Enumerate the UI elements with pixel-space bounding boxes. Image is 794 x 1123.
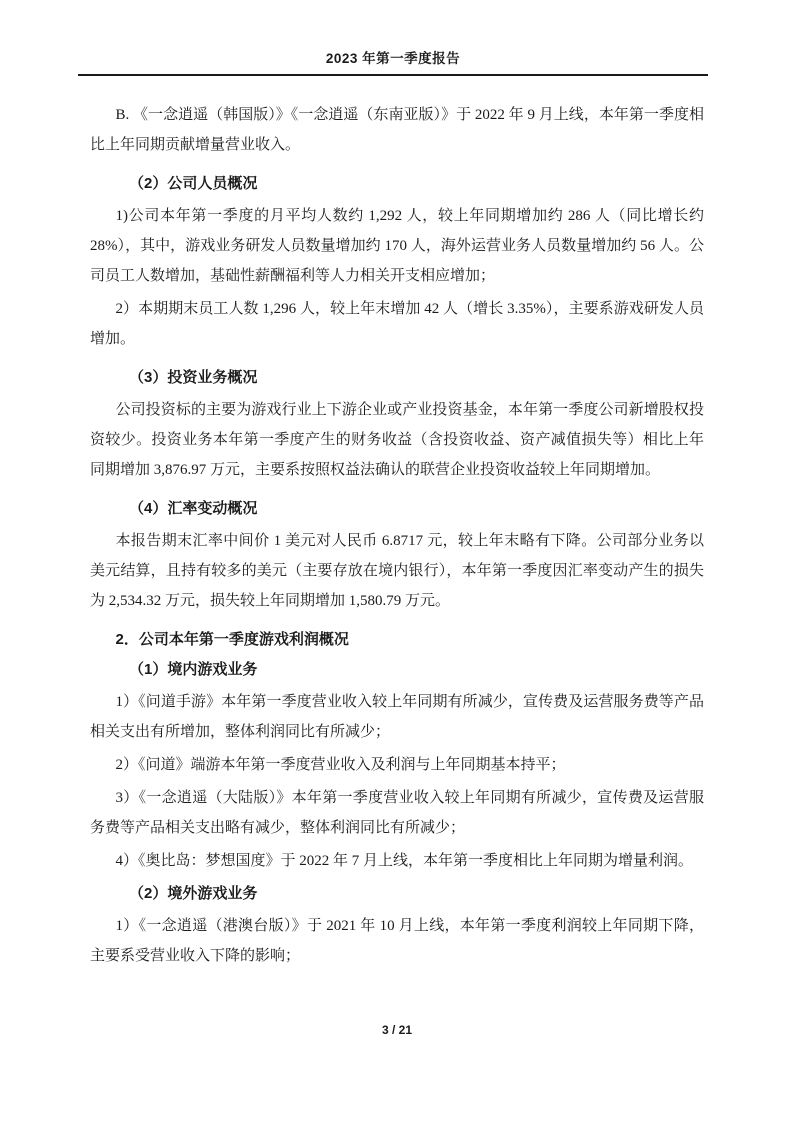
header-title: 2023 年第一季度报告 (326, 51, 460, 66)
paragraph: 4）《奥比岛：梦想国度》于 2022 年 7 月上线，本年第一季度相比上年同期为… (90, 846, 704, 876)
page-footer: 3 / 21 (0, 1019, 794, 1041)
subsection-heading: （2）境外游戏业务 (90, 879, 704, 909)
subsection-heading: （1）境内游戏业务 (90, 655, 704, 685)
paragraph: 1）《一念逍遥（港澳台版）》于 2021 年 10 月上线，本年第一季度利润较上… (90, 911, 704, 971)
document-body: B. 《一念逍遥（韩国版）》《一念逍遥（东南亚版）》于 2022 年 9 月上线… (90, 100, 704, 974)
paragraph: 1)公司本年第一季度的月平均人数约 1,292 人，较上年同期增加约 286 人… (90, 201, 704, 291)
subsection-heading: （2）公司人员概况 (90, 169, 704, 199)
report-page: 2023 年第一季度报告 B. 《一念逍遥（韩国版）》《一念逍遥（东南亚版）》于… (0, 0, 794, 1123)
paragraph: 1）《问道手游》本年第一季度营业收入较上年同期有所减少，宣传费及运营服务费等产品… (90, 687, 704, 747)
paragraph: 公司投资标的主要为游戏行业上下游企业或产业投资基金，本年第一季度公司新增股权投资… (90, 395, 704, 485)
subsection-heading: （3）投资业务概况 (90, 363, 704, 393)
section-heading: 2．公司本年第一季度游戏利润概况 (90, 625, 704, 655)
paragraph: 2）《问道》端游本年第一季度营业收入及利润与上年同期基本持平； (90, 750, 704, 780)
paragraph: 2）本期期末员工人数 1,296 人，较上年末增加 42 人（增长 3.35%）… (90, 294, 704, 354)
paragraph: 3）《一念逍遥（大陆版）》本年第一季度营业收入较上年同期有所减少，宣传费及运营服… (90, 783, 704, 843)
page-number: 3 / 21 (382, 1023, 412, 1037)
page-header: 2023 年第一季度报告 (78, 50, 708, 76)
paragraph: 本报告期末汇率中间价 1 美元对人民币 6.8717 元，较上年末略有下降。公司… (90, 526, 704, 616)
subsection-heading: （4）汇率变动概况 (90, 494, 704, 524)
paragraph: B. 《一念逍遥（韩国版）》《一念逍遥（东南亚版）》于 2022 年 9 月上线… (90, 100, 704, 160)
